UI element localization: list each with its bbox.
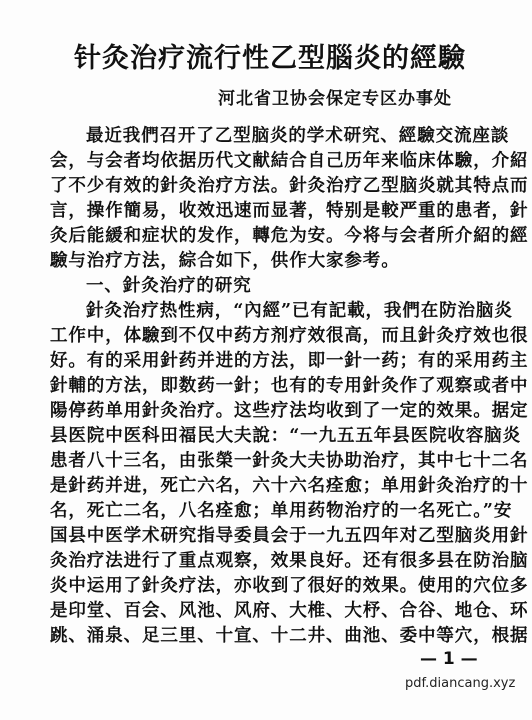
paragraph-line: 名，死亡二名，八名痊愈；单用药物治疗的一名死亡。”安 — [50, 499, 505, 524]
paragraph-line: 驗与治疗方法，綜合如下，供作大家参考。 — [50, 249, 505, 274]
paragraph-line: 好。有的采用針药并进的方法，即一針一药；有的采用药主 — [50, 349, 505, 374]
paragraph-line: 陽停药单用針灸治疗。这些疗法均收到了一定的效果。据定 — [50, 399, 505, 424]
document-author: 河北省卫协会保定专区办事处 — [218, 84, 452, 109]
paragraph-line: 是印堂、百会、风池、风府、大椎、大杼、合谷、地仓、环 — [50, 599, 505, 624]
page-number: — 1 — — [420, 649, 478, 669]
paragraph-line: 灸治疗法进行了重点观察，效果良好。还有很多县在防治脑 — [50, 549, 505, 574]
paragraph-line: 国县中医学术研究指导委員会于一九五四年对乙型脑炎用針 — [50, 524, 505, 549]
paragraph-line: 了不少有效的針灸治疗方法。針灸治疗乙型脑炎就其特点而 — [50, 174, 505, 199]
paragraph-line: 針灸治疗热性病，“內經”已有記載，我們在防治脑炎 — [50, 299, 505, 324]
paragraph-line: 炎中运用了針灸疗法，亦收到了很好的效果。使用的穴位多 — [50, 574, 505, 599]
paragraph-line: 患者八十三名，由张榮一針灸大夫协助治疗，其中七十二名 — [50, 449, 505, 474]
paragraph-line: 言，操作簡易，收效迅速而显著，特别是較严重的患者，針 — [50, 199, 505, 224]
paragraph-line: 工作中，体驗到不仅中药方剂疗效很高，而且針灸疗效也很 — [50, 324, 505, 349]
document-page: 针灸治疗流行性乙型腦炎的經驗 河北省卫协会保定专区办事处 最近我們召开了乙型脑炎… — [0, 0, 532, 720]
document-title: 针灸治疗流行性乙型腦炎的經驗 — [60, 36, 480, 75]
paragraph-line: 針輔的方法，即数药一針；也有的专用針灸作了观察或者中 — [50, 374, 505, 399]
section-heading: 一、針灸治疗的研究 — [50, 274, 505, 299]
paragraph-line: 县医院中医科田福民大夫說：“一九五五年县医院收容脑炎 — [50, 424, 505, 449]
document-body: 最近我們召开了乙型脑炎的学术研究、經驗交流座談 会，与会者均依据历代文献結合自己… — [50, 124, 505, 649]
paragraph-line: 会，与会者均依据历代文献結合自己历年来临床体驗，介紹 — [50, 149, 505, 174]
paragraph-line: 灸后能緩和症状的发作，轉危为安。今将与会者所介紹的經 — [50, 224, 505, 249]
paragraph-line: 跳、涌泉、足三里、十宣、十二井、曲池、委中等穴，根据 — [50, 624, 505, 649]
watermark: pdf.diancang.xyz — [405, 676, 515, 691]
paragraph-line: 最近我們召开了乙型脑炎的学术研究、經驗交流座談 — [50, 124, 505, 149]
paragraph-line: 是針药并进，死亡六名，六十六名痊愈；单用針灸治疗的十 — [50, 474, 505, 499]
